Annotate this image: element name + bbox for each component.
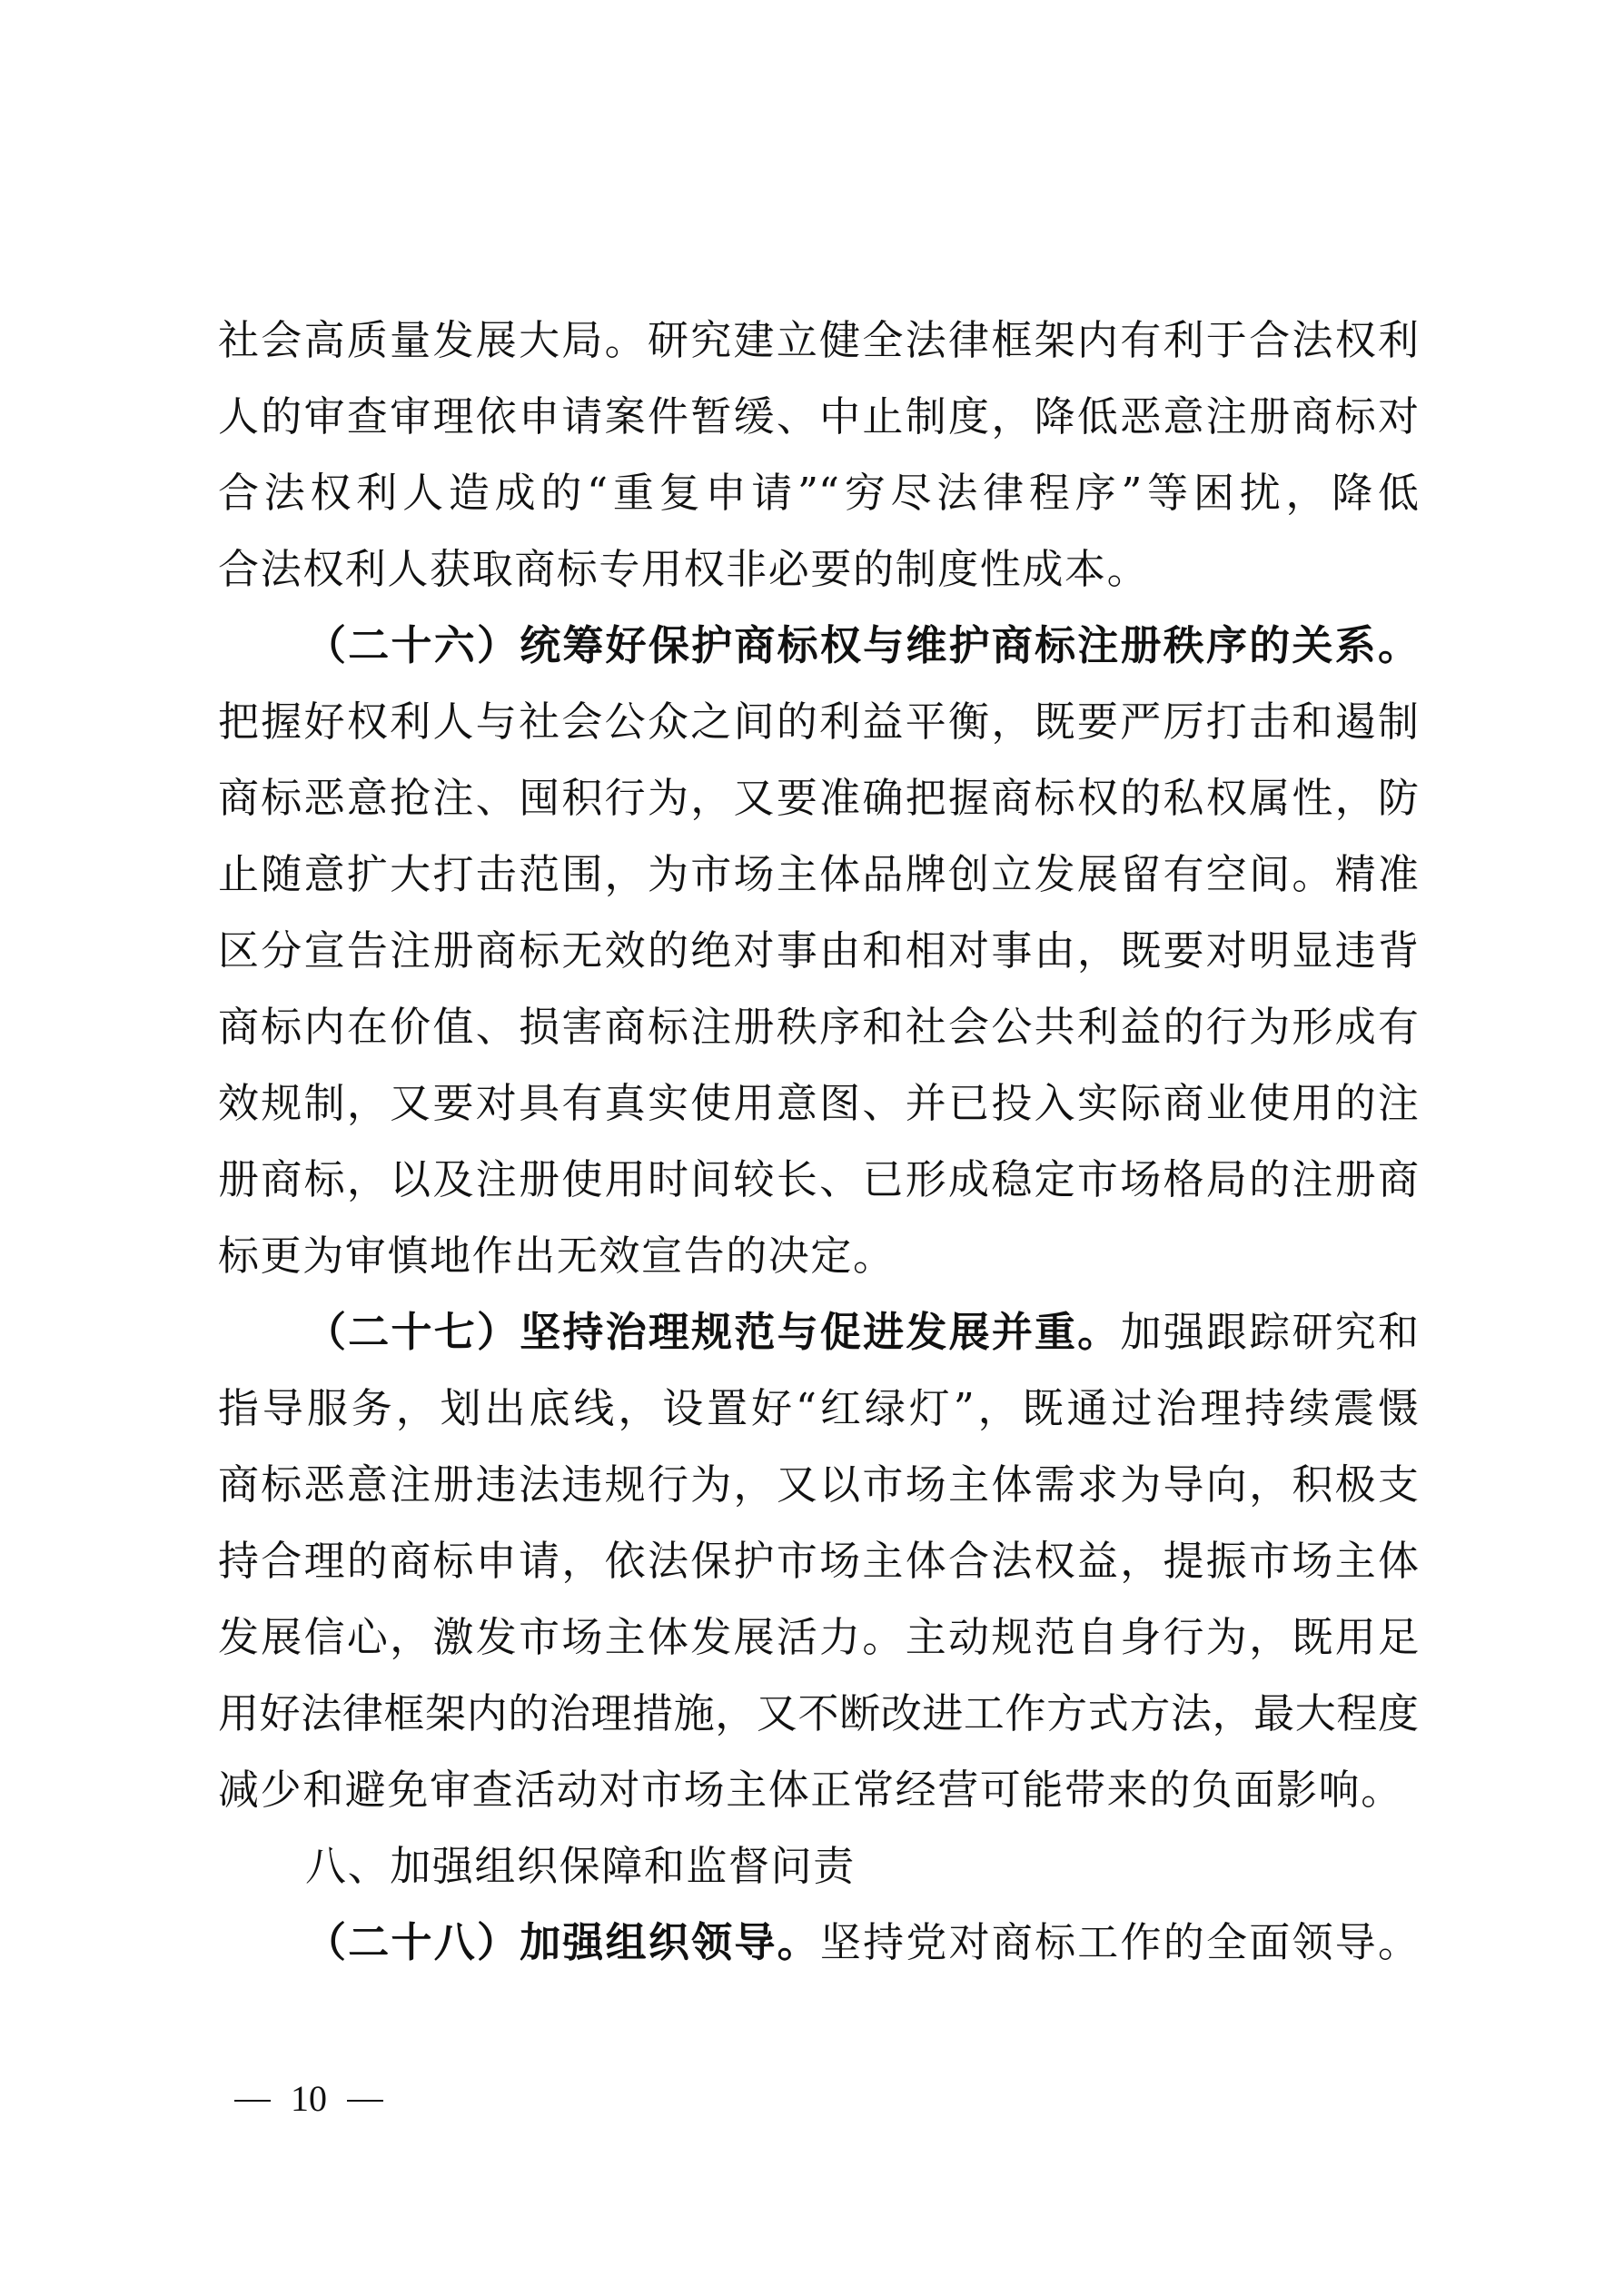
section-27-lead-rest: 加强跟踪研究和 <box>1121 1308 1419 1356</box>
body-line: 社会高质量发展大局。研究建立健全法律框架内有利于合法权利 <box>218 302 1419 379</box>
body-line: 合法权利人造成的“重复申请”“穷尽法律程序”等困扰，降低 <box>218 455 1419 531</box>
section-28-title: （二十八）加强组织领导。 <box>305 1918 820 1966</box>
body-line: 止随意扩大打击范围，为市场主体品牌创立发展留有空间。精准 <box>218 836 1419 913</box>
page-number-right-dash <box>347 2100 383 2102</box>
body-line: 减少和避免审查活动对市场主体正常经营可能带来的负面影响。 <box>218 1752 1419 1828</box>
section-27-title: （二十七）坚持治理规范与促进发展并重。 <box>305 1308 1121 1356</box>
body-line: 商标恶意抢注、囤积行为，又要准确把握商标权的私权属性，防 <box>218 760 1419 836</box>
body-line: 商标内在价值、损害商标注册秩序和社会公共利益的行为形成有 <box>218 989 1419 1065</box>
page-number-value: 10 <box>291 2076 327 2122</box>
body-line: 商标恶意注册违法违规行为，又以市场主体需求为导向，积极支 <box>218 1447 1419 1523</box>
section-26-heading-line: （二十六）统筹好保护商标权与维护商标注册秩序的关系。 <box>218 608 1419 684</box>
body-line: 指导服务，划出底线，设置好“红绿灯”，既通过治理持续震慑 <box>218 1371 1419 1447</box>
body-line: 区分宣告注册商标无效的绝对事由和相对事由，既要对明显违背 <box>218 913 1419 989</box>
body-line: 册商标，以及注册使用时间较长、已形成稳定市场格局的注册商 <box>218 1142 1419 1218</box>
document-page: 社会高质量发展大局。研究建立健全法律框架内有利于合法权利 人的审查审理依申请案件… <box>0 0 1624 2296</box>
body-line: 发展信心，激发市场主体发展活力。主动规范自身行为，既用足 <box>218 1599 1419 1676</box>
body-line: 效规制，又要对具有真实使用意图、并已投入实际商业使用的注 <box>218 1065 1419 1142</box>
section-27-heading-line: （二十七）坚持治理规范与促进发展并重。加强跟踪研究和 <box>218 1294 1419 1371</box>
body-line: 人的审查审理依申请案件暂缓、中止制度，降低恶意注册商标对 <box>218 379 1419 455</box>
section-26-title: （二十六）统筹好保护商标权与维护商标注册秩序的关系。 <box>305 621 1419 669</box>
body-line: 把握好权利人与社会公众之间的利益平衡，既要严厉打击和遏制 <box>218 684 1419 760</box>
body-line: 持合理的商标申请，依法保护市场主体合法权益，提振市场主体 <box>218 1523 1419 1599</box>
body-line: 标更为审慎地作出无效宣告的决定。 <box>218 1218 1419 1294</box>
body-line: 合法权利人获取商标专用权非必要的制度性成本。 <box>218 531 1419 608</box>
section-28-lead-rest: 坚持党对商标工作的全面领导。 <box>820 1918 1419 1966</box>
section-8-heading: 八、加强组织保障和监督问责 <box>218 1828 1419 1905</box>
section-28-heading-line: （二十八）加强组织领导。坚持党对商标工作的全面领导。 <box>218 1905 1419 1981</box>
page-number-left-dash <box>234 2100 271 2102</box>
document-body: 社会高质量发展大局。研究建立健全法律框架内有利于合法权利 人的审查审理依申请案件… <box>218 302 1419 1981</box>
body-line: 用好法律框架内的治理措施，又不断改进工作方式方法，最大程度 <box>218 1676 1419 1752</box>
page-number: 10 <box>234 2076 383 2122</box>
